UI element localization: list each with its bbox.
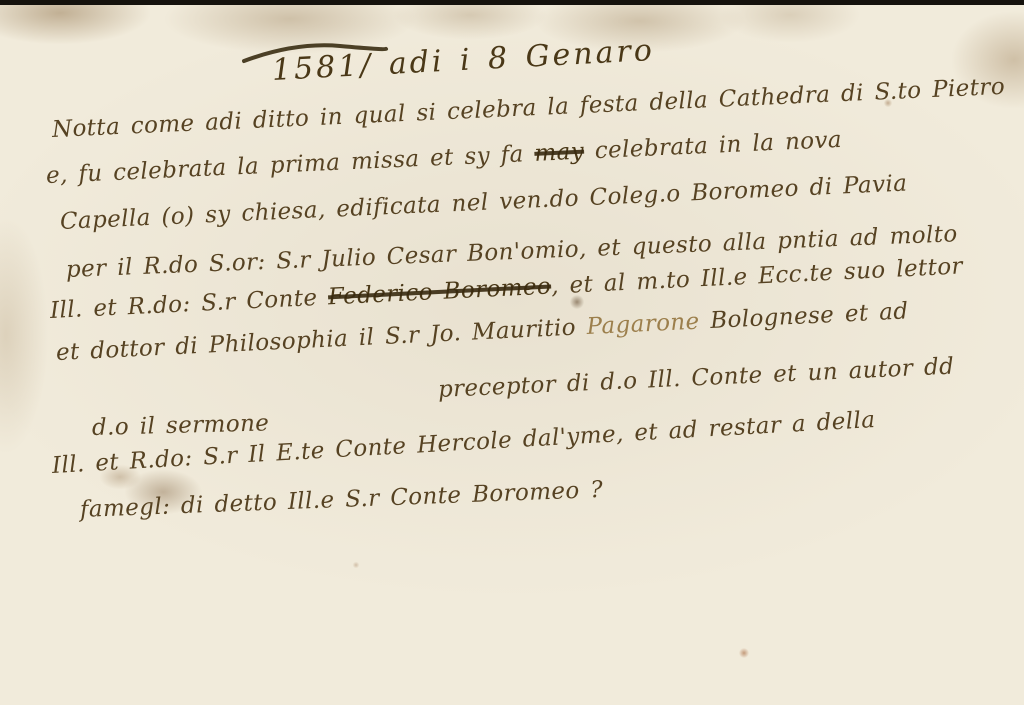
line-text: preceptor di d.o Ill. Conte et un autor …: [437, 354, 954, 403]
line-text: celebrata in la nova: [583, 127, 842, 165]
line-text: e, fu celebrata la prima missa et sy fa: [45, 141, 535, 189]
line-text: Ill. et R.do: S.r Conte: [49, 284, 328, 324]
line-text: d.o il sermone: [92, 410, 270, 441]
line-text: Bolognese et ad: [699, 298, 909, 334]
line-text: famegl: di detto Ill.e S.r Conte Boromeo…: [80, 477, 604, 523]
manuscript-page: 1581/ adi i 8 Genaro Notta come adi ditt…: [0, 5, 1024, 705]
struck-text: may: [534, 139, 585, 167]
manuscript-line-7: preceptor di d.o Ill. Conte et un autor …: [437, 354, 954, 403]
struck-text: Federico Boromeo: [327, 274, 551, 311]
line-text: et dottor di Philosophia il S.r Jo. Maur…: [55, 314, 587, 366]
manuscript-line-1: Notta come adi ditto in qual si celebra …: [51, 74, 1005, 143]
line-text: Notta come adi ditto in qual si celebra …: [51, 74, 1005, 143]
faded-ink-text: Pagarone: [586, 309, 700, 340]
manuscript-line-10: famegl: di detto Ill.e S.r Conte Boromeo…: [80, 477, 604, 523]
manuscript-line-8: d.o il sermone: [92, 410, 270, 441]
